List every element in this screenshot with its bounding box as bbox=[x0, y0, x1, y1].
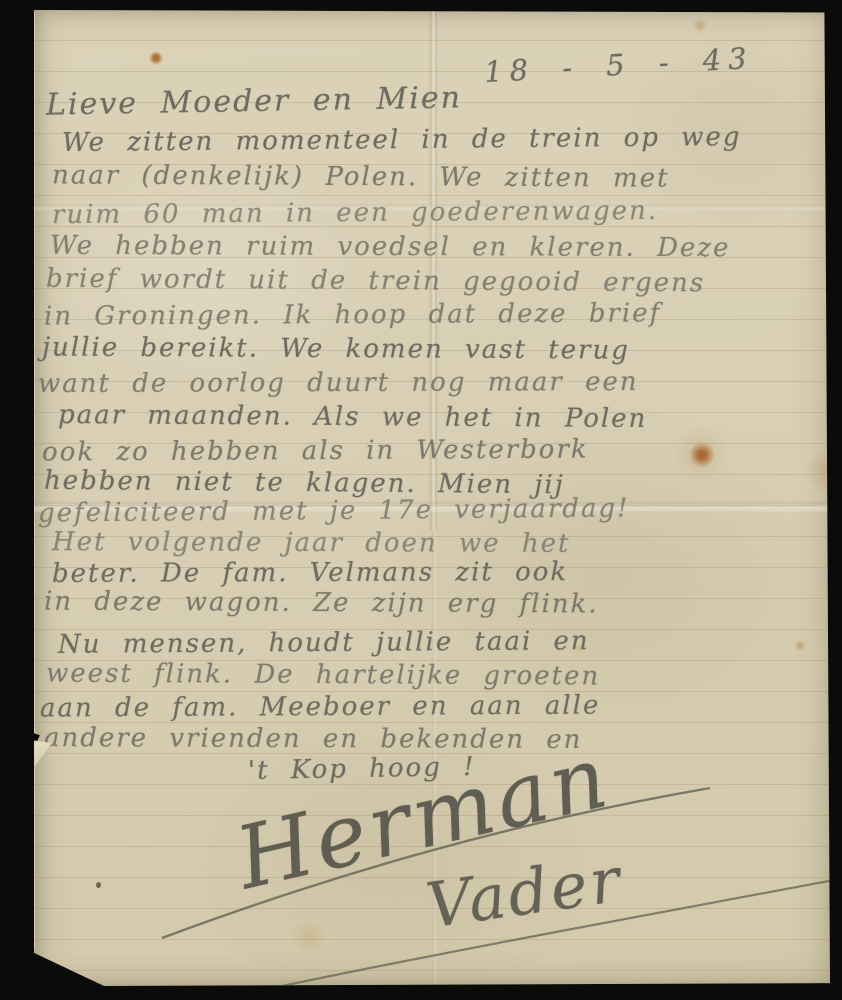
letter-line: in deze wagon. Ze zijn erg flink. bbox=[44, 587, 599, 620]
letter-line: want de oorlog duurt nog maar een bbox=[38, 367, 639, 399]
letter-line: naar (denkelijk) Polen. We zitten met bbox=[52, 160, 670, 193]
letter-line: Nu mensen, houdt jullie taai en bbox=[58, 626, 590, 660]
letter-line: aan de fam. Meeboer en aan alle bbox=[40, 691, 600, 724]
letter-line: brief wordt uit de trein gegooid ergens bbox=[46, 264, 705, 299]
letter-line: gefeliciteerd met je 17e verjaardag! bbox=[38, 493, 630, 528]
stain bbox=[289, 922, 329, 952]
paper: 18 - 5 - 43 Lieve Moeder en Mien We zitt… bbox=[34, 10, 830, 986]
stain bbox=[794, 640, 806, 652]
stain bbox=[149, 51, 163, 65]
stain bbox=[692, 18, 708, 33]
letter-scan: 18 - 5 - 43 Lieve Moeder en Mien We zitt… bbox=[0, 0, 842, 1000]
torn-edge bbox=[17, 12, 35, 950]
letter-line: Het volgende jaar doen we het bbox=[52, 527, 571, 559]
letter-line: in Groningen. Ik hoop dat deze brief bbox=[44, 298, 661, 331]
letter-line: jullie bereikt. We komen vast terug bbox=[42, 332, 630, 365]
letter-line: paar maanden. Als we het in Polen bbox=[58, 400, 648, 434]
salutation: Lieve Moeder en Mien bbox=[46, 80, 462, 122]
stain bbox=[689, 442, 715, 468]
letter-line: weest flink. De hartelijke groeten bbox=[46, 659, 600, 692]
letter-line: beter. De fam. Velmans zit ook bbox=[52, 557, 568, 589]
letter-date: 18 - 5 - 43 bbox=[483, 41, 754, 89]
stain bbox=[804, 450, 842, 494]
letter-line: ook zo hebben als in Westerbork bbox=[42, 435, 589, 468]
stain bbox=[96, 882, 101, 888]
letter-line: We hebben ruim voedsel en kleren. Deze bbox=[50, 231, 731, 263]
stain bbox=[669, 425, 731, 481]
letter-line: ruim 60 man in een goederenwagen. bbox=[52, 196, 658, 230]
letter-line: We zitten momenteel in de trein op weg bbox=[62, 122, 742, 158]
